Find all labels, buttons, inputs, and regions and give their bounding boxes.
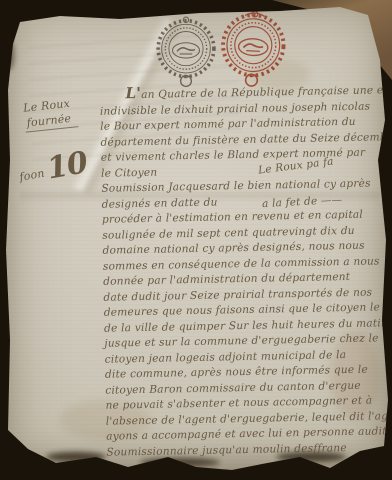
paper-vignette [0, 0, 392, 480]
photo-background: Le Roux fournée foon 10 Le Roux pa fa a … [0, 0, 392, 480]
manuscript-page: Le Roux fournée foon 10 Le Roux pa fa a … [0, 0, 392, 480]
